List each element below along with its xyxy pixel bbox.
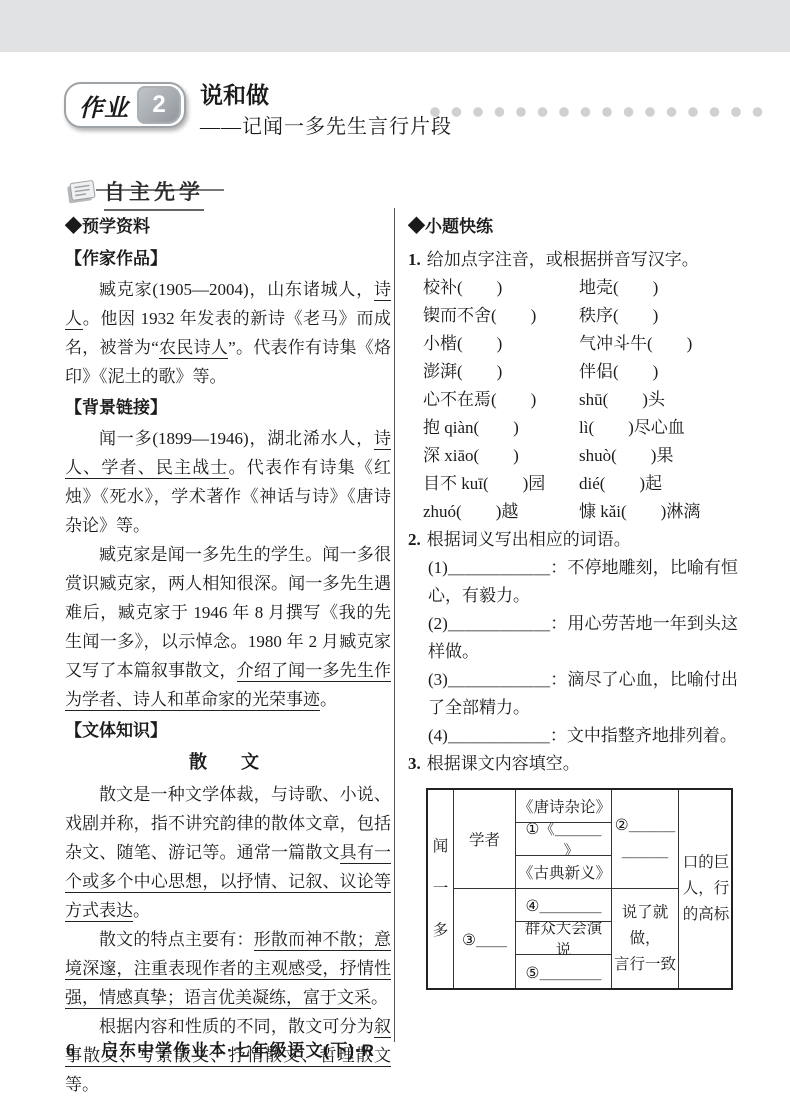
table-cell-evaluation: 口的巨人，行的高标 [679, 790, 733, 988]
column-divider [394, 208, 395, 1042]
heading-author-works: 【作家作品】 [65, 246, 391, 272]
fill-in-table: 闻一多 学者 ③＿＿ 《唐诗杂论》 ①《＿＿＿＿》 《古典新义》 ④＿＿＿＿ 群… [426, 788, 733, 990]
left-column: ◆预学资料 【作家作品】 臧克家(1905—2004)，山东诸城人，诗人。他因 … [65, 214, 391, 1099]
page-number: 6 [66, 1040, 75, 1061]
pinyin-item: dié( )起 [579, 470, 738, 498]
pinyin-item: 地壳( ) [579, 274, 738, 302]
pinyin-item: 抱 qiàn( ) [423, 414, 579, 442]
table-cell-work: ④＿＿＿＿ [516, 889, 612, 922]
table-cell-work: ①《＿＿＿＿》 [516, 823, 612, 856]
heading-preview-materials: ◆预学资料 [65, 214, 391, 240]
decor-dotted-line [430, 106, 774, 118]
page-top-band [0, 0, 790, 52]
para-genre-2: 散文的特点主要有：形散而神不散；意境深邃，注重表现作者的主观感受，抒情性强，情感… [65, 925, 391, 1012]
title-box: 说和做 ——记闻一多先生言行片段 [200, 82, 452, 142]
pinyin-item: lì( )尽心血 [579, 414, 738, 442]
homework-badge: 作业 2 [64, 82, 186, 128]
question-1-title: 给加点字注音，或根据拼音写汉字。 [427, 246, 699, 274]
pinyin-item: 伴侣( ) [579, 358, 738, 386]
pinyin-item: 慷 kǎi( )淋漓 [579, 498, 738, 526]
table-cell-role-blank: ③＿＿ [454, 889, 516, 988]
pinyin-item: 心不在焉( ) [423, 386, 579, 414]
table-cell-role-scholar: 学者 [454, 790, 516, 889]
table-cell-work: 《唐诗杂论》 [516, 790, 612, 823]
badge-number: 2 [137, 86, 181, 124]
definition-item: (1)＿＿＿＿＿＿：不停地雕刻，比喻有恒心，有毅力。 [408, 554, 738, 610]
book-icon [66, 177, 98, 212]
pinyin-row: 深 xiāo( ) shuò( )果 [408, 442, 738, 470]
definition-item: (3)＿＿＿＿＿＿：滴尽了心血，比喻付出了全部精力。 [408, 666, 738, 722]
para-background-1: 闻一多(1899—1946)，湖北浠水人，诗人、学者、民主战士。代表作有诗集《红… [65, 424, 391, 540]
lesson-header: 作业 2 说和做 ——记闻一多先生言行片段 [64, 82, 452, 142]
pinyin-item: 校补( ) [423, 274, 579, 302]
table-cell-subject: 闻一多 [428, 790, 454, 988]
page-footer: 6 启东中学作业本·七年级语文(下)·R [66, 1036, 375, 1061]
para-author-works: 臧克家(1905—2004)，山东诸城人，诗人。他因 1932 年发表的新诗《老… [65, 275, 391, 391]
pinyin-item: 深 xiāo( ) [423, 442, 579, 470]
pinyin-item: 小楷( ) [423, 330, 579, 358]
table-cell-result-blank: ②＿＿＿＿＿＿ [612, 790, 679, 889]
pinyin-item: 目不 kuī( )园 [423, 470, 579, 498]
pinyin-item: 气冲斗牛( ) [579, 330, 738, 358]
pinyin-row: 小楷( ) 气冲斗牛( ) [408, 330, 738, 358]
page-subtitle: ——记闻一多先生言行片段 [200, 112, 452, 142]
pinyin-row: 目不 kuī( )园 dié( )起 [408, 470, 738, 498]
pinyin-row: 校补( ) 地壳( ) [408, 274, 738, 302]
heading-genre-knowledge: 【文体知识】 [65, 718, 391, 744]
question-3-title: 根据课文内容填空。 [427, 750, 580, 778]
question-3: 3. 根据课文内容填空。 [408, 750, 738, 778]
question-1: 1. 给加点字注音，或根据拼音写汉字。 [408, 246, 738, 274]
pinyin-row: 锲而不舍( ) 秩序( ) [408, 302, 738, 330]
question-2-title: 根据词义写出相应的词语。 [427, 526, 631, 554]
pinyin-item: 锲而不舍( ) [423, 302, 579, 330]
definition-item: (2)＿＿＿＿＿＿：用心劳苦地一年到头这样做。 [408, 610, 738, 666]
essay-title: 散 文 [65, 747, 391, 777]
pinyin-item: shū( )头 [579, 386, 738, 414]
right-column: ◆小题快练 1. 给加点字注音，或根据拼音写汉字。 校补( ) 地壳( ) 锲而… [408, 214, 738, 990]
section-banner-title: 自主先学 [104, 176, 204, 211]
question-3-number: 3. [408, 750, 421, 778]
table-cell-work: 《古典新义》 [516, 856, 612, 889]
para-genre-1: 散文是一种文学体裁，与诗歌、小说、戏剧并称，指不讲究韵律的散体文章，包括杂文、随… [65, 780, 391, 925]
table-cell-result-said-done: 说了就做， 言行一致 [612, 889, 679, 988]
question-2-number: 2. [408, 526, 421, 554]
pinyin-item: shuò( )果 [579, 442, 738, 470]
pinyin-row: zhuó( )越 慷 kǎi( )淋漓 [408, 498, 738, 526]
page-title: 说和做 [200, 82, 452, 108]
badge-label: 作业 [69, 88, 137, 123]
heading-background-link: 【背景链接】 [65, 395, 391, 421]
pinyin-row: 心不在焉( ) shū( )头 [408, 386, 738, 414]
heading-quick-practice: ◆小题快练 [408, 214, 738, 240]
table-cell-work: ⑤＿＿＿＿ [516, 955, 612, 988]
table-cell-work: 群众大会演说 [516, 922, 612, 955]
question-2: 2. 根据词义写出相应的词语。 [408, 526, 738, 554]
question-1-number: 1. [408, 246, 421, 274]
pinyin-row: 澎湃( ) 伴侣( ) [408, 358, 738, 386]
footer-text: 启东中学作业本·七年级语文(下)·R [101, 1036, 375, 1061]
definition-item: (4)＿＿＿＿＿＿：文中指整齐地排列着。 [408, 722, 738, 750]
pinyin-row: 抱 qiàn( ) lì( )尽心血 [408, 414, 738, 442]
para-background-2: 臧克家是闻一多先生的学生。闻一多很赏识臧克家，两人相知很深。闻一多先生遇难后，臧… [65, 540, 391, 714]
pinyin-item: 澎湃( ) [423, 358, 579, 386]
section-banner: 自主先学 [66, 176, 224, 210]
pinyin-item: zhuó( )越 [423, 498, 579, 526]
pinyin-item: 秩序( ) [579, 302, 738, 330]
